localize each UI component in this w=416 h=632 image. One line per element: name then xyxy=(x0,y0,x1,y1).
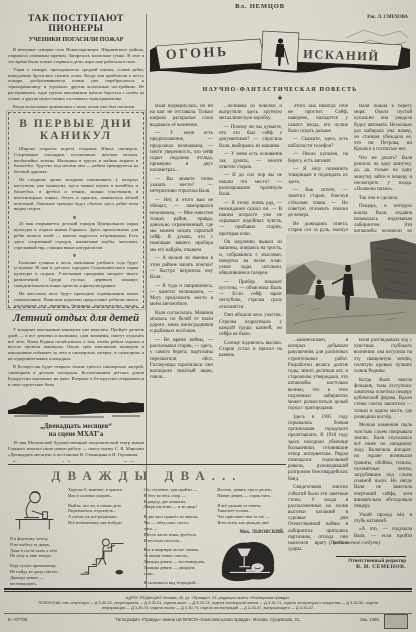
story-column-4-top: Валя пошла к берегу моря. Около пустой к… xyxy=(354,104,412,232)
theatre-title-line2: на сцене МХАТ'а xyxy=(8,430,144,438)
story-paragraph: — А нельзя ли именно в этом районе начат… xyxy=(150,256,213,281)
newspaper-page: ТАК ПОСТУПАЮТ ПИОНЕРЫ УЧЕНИКИ ПОГАСИЛИ П… xyxy=(0,0,416,632)
poem-grid: Я в форточку залезу, Я не выбегу за двер… xyxy=(8,487,286,587)
story-paragraph: — Как хотите, — заметил старик, блеснув … xyxy=(288,188,348,219)
footer-thick-rule xyxy=(4,588,412,590)
footer-thin-rule xyxy=(4,591,412,592)
story-paragraph: — Я этому очень рад, — неожиданно сказал… xyxy=(219,201,282,238)
holidays-paragraph: На стадионе кроме младших школьников, у … xyxy=(14,177,138,212)
poem-stanza: Я в форточку залезу, Я не выбегу за двер… xyxy=(10,536,63,559)
pioneer-article: ТАК ПОСТУПАЮТ ПИОНЕРЫ УЧЕНИКИ ПОГАСИЛИ П… xyxy=(8,14,144,110)
continuation-notice: (Продолжение следует). xyxy=(300,541,410,546)
holidays-paragraph: ✻ xyxy=(14,215,138,221)
story-banner-illustration: ОГОНЬ ИСКАНИЙ xyxy=(150,24,410,82)
banner-figure-panel xyxy=(261,31,299,71)
summer-rest-title: Летний отдых для детей xyxy=(8,312,144,324)
footer-order-number: Зак. 1385. xyxy=(360,617,380,622)
editor-block: Ответственный редактор В. И. СЕМЕНОВ. xyxy=(276,556,406,570)
pioneer-article-body: В вечерние сумерки село Новопокровское, … xyxy=(8,47,144,110)
story-paragraph: Этого она никогда себе не простит. Сейф,… xyxy=(288,104,348,135)
story-column-4-bottom: Валя разглядывала ход с чувством глубоко… xyxy=(354,338,412,538)
poem-stanza: Вот в квартире гаснут лампы, За окном те… xyxy=(144,547,213,576)
story-paragraph: Что же делать? Валя решила: на одну мину… xyxy=(354,156,412,193)
story-paragraph: — Прибор покажет пустоты, — объяснила Ва… xyxy=(219,280,282,311)
story-genre-line: НАУЧНО-ФАНТАСТИЧЕСКАЯ ПОВЕСТЬ xyxy=(150,87,410,93)
genre-divider-icon: ✚ xyxy=(150,96,410,102)
theatre-title-line1: „Двенадцать месяцев“ xyxy=(8,422,144,430)
poem-stanza: Сто ступенек, три пройти — Я бегу во вес… xyxy=(144,487,213,510)
story-paragraph: ...каменоломен, в которых добывали ракуш… xyxy=(288,338,348,412)
holidays-paragraph: 25 мая открывается детский городок Центр… xyxy=(14,221,138,250)
summer-paragraph: У младших школьников каникулы уже начали… xyxy=(8,327,144,362)
footer-printer: Типография «Правды» имени ЦК ВЛКСМ «Комс… xyxy=(68,617,348,622)
story-paragraph: — У меня есть основания так думать, — не… xyxy=(219,152,282,171)
summer-rest-body: У младших школьников каникулы уже начали… xyxy=(8,327,144,388)
story-paragraph: — Нет, я этого вам не обещал, — наморщил… xyxy=(150,198,213,254)
summer-rest-article: Летний отдых для детей У младших школьни… xyxy=(8,312,144,388)
story-paragraph: — Скажите, здесь есть поблизости телефон… xyxy=(288,137,348,149)
editor-rule xyxy=(336,556,406,557)
story-paragraph: Здесь в 1905 году скрывалась боевая орга… xyxy=(288,415,348,483)
story-paragraph: — Почему же вы думаете, что это был сейф… xyxy=(219,125,282,150)
story-paragraph: Так она и сделала. xyxy=(354,196,412,202)
story-paragraph: — У меня есть предположение, — продолжал… xyxy=(150,131,213,174)
story-paragraph: Валя пошла к берегу моря. Около пустой к… xyxy=(354,104,412,154)
story-paragraph: Не дожидаясь ответа, старик сел за руль,… xyxy=(288,222,348,232)
theatre-paragraph: 18 мая Московский Художественный академи… xyxy=(8,440,144,457)
theatre-paragraph: Роль мачехи исполняет А. Георгиевская, д… xyxy=(8,460,144,462)
poem-stanzas-b: Сто ступенек, три пройти — Я бегу во вес… xyxy=(144,487,213,587)
holidays-paragraph: Широко открыты ворота стадиона Юных пион… xyxy=(14,146,138,175)
story-paragraph: — Вы можете точно указать место? — нетер… xyxy=(150,177,213,196)
story-column-1: Валя подвернулась, но ни на шаг не отста… xyxy=(150,104,213,456)
holidays-box-title: В ПЕРВЫЕ ДНИ КАНИКУЛ xyxy=(14,118,138,142)
cartoon-boy-asleep xyxy=(217,537,279,583)
poem-stanza: Я склоняюсь над тетрадкой... Мне давно п… xyxy=(144,580,213,587)
poem-col-c: Восемь, девять, три и десять, Пятью девя… xyxy=(217,487,284,587)
poem-stanza: Беру сухую промокашку, Не пойду во двор … xyxy=(10,563,63,587)
theatre-body: 18 мая Московский Художественный академи… xyxy=(8,440,144,462)
story-paragraph: Они обошли весь участок. Стрелка вздраги… xyxy=(219,313,282,338)
poem-feature-title: ДВАЖДЫ ДВА... xyxy=(8,468,286,484)
story-paragraph: Узкий проход вёл в глубь катакомб. xyxy=(354,513,412,525)
cartoon-boy-on-stairs xyxy=(78,530,128,576)
story-paragraph: «А что, — подумала Валя, — если пройти д… xyxy=(354,527,412,538)
cartoon-boy-at-desk xyxy=(10,487,58,531)
story-paragraph: — Я туда и направляюсь, — заметил незнак… xyxy=(150,284,213,309)
poem-stanza: Выйти, что ли, в самом деле, Поразмяться… xyxy=(68,503,139,526)
story-column-3-bottom: ...каменоломен, в которых добывали ракуш… xyxy=(288,338,348,556)
story-paragraph: Валя разглядывала ход с чувством глубоко… xyxy=(354,338,412,375)
story-column-2: ...человека из повозки и выгрузили здесь… xyxy=(219,104,282,456)
banner-title-right: ИСКАНИЙ xyxy=(303,47,380,64)
holidays-paragraph: ✻ xyxy=(14,253,138,259)
footer-phones: ТЕЛЕФОНЫ: отв. секретаря — Д 3-30-52, се… xyxy=(30,600,386,611)
story-paragraph: — Я хочу позвонить товарищам и подождать… xyxy=(288,167,348,186)
footer-print-code: Б—07708 xyxy=(8,617,27,622)
story-paragraph: ...человека из повозки и выгрузили здесь… xyxy=(219,104,282,123)
footer-divider-rule xyxy=(4,613,412,614)
pioneer-article-title: ТАК ПОСТУПАЮТ ПИОНЕРЫ xyxy=(8,14,144,34)
poem-stanzas-0: Я в форточку залезу, Я не выбегу за двер… xyxy=(10,536,63,587)
poem-stanza: В два часа пришёл из школы, Час — обед п… xyxy=(144,514,213,543)
article-paragraph: Узнав о пожаре, преподаватели средней шк… xyxy=(8,67,144,102)
story-column-3-top: Этого она никогда себе не простит. Сейф,… xyxy=(288,104,348,232)
landscape-illustration xyxy=(8,388,144,420)
poem-stanza: Восемь, девять, три и десять, Пятью девя… xyxy=(217,487,284,499)
pioneer-article-subtitle: УЧЕНИКИ ПОГАСИЛИ ПОЖАР xyxy=(8,36,144,43)
story-paragraph: Он медленно вышел из машины, опираясь на… xyxy=(219,240,282,277)
story-paragraph: Солнце поднялось высоко. Старик устал и … xyxy=(219,341,282,360)
poem-signature: Мих. ЛЬВОВСКИЙ. xyxy=(217,530,284,535)
poem-col-b: Сто ступенек, три пройти — Я бегу во вес… xyxy=(144,487,213,587)
story-paragraph: Валя согласилась. Машина мчалась по бело… xyxy=(150,311,213,336)
holidays-box: В ПЕРВЫЕ ДНИ КАНИКУЛ Широко открыты воро… xyxy=(8,112,144,308)
story-paragraph: — И до сих пор вы не нашли это место? — … xyxy=(219,173,282,198)
holidays-box-body: Широко открыты ворота стадиона Юных пион… xyxy=(14,146,138,308)
story-paragraph: Пещера, в которую вошла Валя, издавна на… xyxy=(354,204,412,232)
catacombs-illustration xyxy=(286,234,416,334)
story-paragraph: Мелкая каменная пыль толстым слоем покры… xyxy=(354,423,412,510)
poem-stanza: Я всё дальше от ответа, Тяжелеет голова.… xyxy=(217,503,284,526)
summer-paragraph: В Белоруссии будет открыто свыше трёхсот… xyxy=(8,364,144,387)
poem-stanza: Хорошо б, конечно, в прятки Иль в салочк… xyxy=(68,487,139,499)
holidays-paragraph: Большие гулянья в честь окончания учебно… xyxy=(14,260,138,289)
poem-col-a: Хорошо б, конечно, в прятки Иль в салочк… xyxy=(68,487,139,587)
story-paragraph: — Около купален, на берегу, есть автомат… xyxy=(288,152,348,164)
story-illustrator-credit: Рис. Л. СМЕХОВА xyxy=(367,15,408,20)
holidays-paragraph: На массовом поле будут проходить соревно… xyxy=(14,291,138,308)
story-paragraph: — Во время войны, — рассказывал старик, … xyxy=(150,338,213,381)
theatre-article: „Двенадцать месяцев“ на сцене МХАТ'а 18 … xyxy=(8,422,144,462)
poem-col-0: Я в форточку залезу, Я не выбегу за двер… xyxy=(10,487,63,587)
story-paragraph: Валя подвернулась, но ни на шаг не отста… xyxy=(150,104,213,129)
poem-stanzas-a: Хорошо б, конечно, в прятки Иль в салочк… xyxy=(68,487,139,526)
poem-feature: ДВАЖДЫ ДВА... Я в форточку залезу, Я не … xyxy=(8,464,286,587)
poem-stanzas-c: Восемь, девять, три и десять, Пятью девя… xyxy=(217,487,284,526)
story-paragraph: Когда Валя зажгла фонарик, тьма отступил… xyxy=(354,378,412,421)
article-paragraph: Когда колхозники примчались с поля, огон… xyxy=(8,104,144,110)
article-paragraph: В вечерние сумерки село Новопокровское, … xyxy=(8,47,144,64)
editor-name: В. И. СЕМЕНОВ. xyxy=(276,564,406,570)
censor-stamp xyxy=(384,614,408,629)
story-author: Вл. НЕМЦОВ xyxy=(200,3,320,10)
